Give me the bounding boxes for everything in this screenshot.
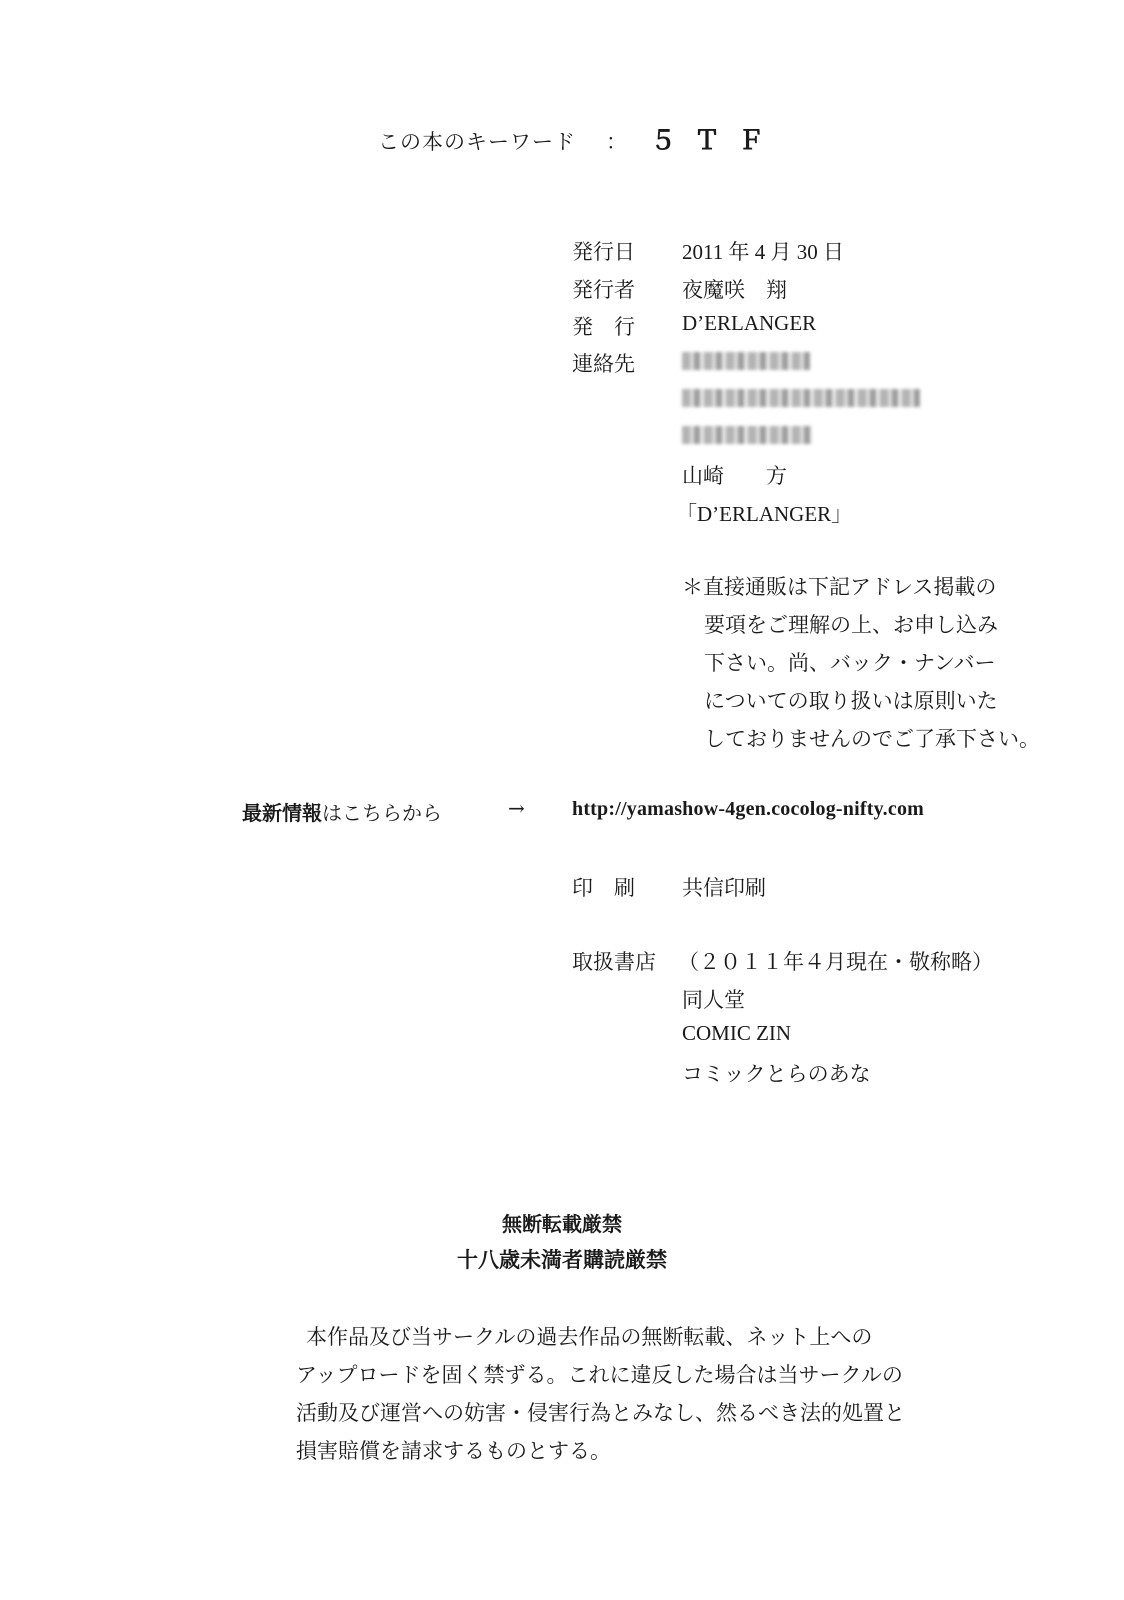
paragraph-line: アップロードを固く禁ずる。これに違反した場合は当サークルの	[296, 1356, 905, 1394]
printing-label: 印 刷	[572, 872, 635, 902]
book-keyword: この本のキーワード：５ＴＦ	[378, 120, 782, 157]
note-line: 要項をご理解の上、お申し込み	[682, 606, 1040, 644]
shop-item: COMIC ZIN	[682, 1021, 791, 1046]
issue-date-label: 発行日	[572, 236, 635, 266]
arrow-right-icon: →	[508, 796, 525, 820]
redacted-address-line	[682, 389, 920, 411]
publisher-person-value: 夜魔咲 翔	[682, 274, 787, 304]
shop-item: 同人堂	[682, 984, 745, 1014]
note-line: についての取り扱いは原則いた	[682, 682, 1040, 720]
redacted-address-number	[682, 426, 812, 448]
paragraph-line: 活動及び運営への妨害・侵害行為とみなし、然るべき法的処置と	[296, 1394, 905, 1432]
keyword-label: この本のキーワード	[378, 130, 576, 154]
mail-order-note: ＊直接通販は下記アドレス掲載の 要項をご理解の上、お申し込み 下さい。尚、バック…	[682, 568, 1040, 758]
note-line: ＊直接通販は下記アドレス掲載の	[682, 568, 1040, 606]
website-url: http://yamashow-4gen.cocolog-nifty.com	[572, 798, 924, 821]
publisher-value: D’ERLANGER	[682, 311, 816, 336]
keyword-value: ５ＴＦ	[650, 120, 782, 157]
paragraph-line: 本作品及び当サークルの過去作品の無断転載、ネット上への	[296, 1318, 905, 1356]
contact-name: 山崎 方	[682, 460, 787, 490]
note-line: しておりませんのでご了承下さい。	[682, 720, 1040, 758]
warning-no-reprint: 無断転載厳禁	[0, 1208, 1124, 1237]
publisher-label: 発 行	[572, 311, 635, 341]
issue-date-value: 2011 年 4 月 30 日	[682, 236, 844, 266]
note-line: 下さい。尚、バック・ナンバー	[682, 644, 1040, 682]
redacted-postal-code	[682, 352, 810, 374]
printing-value: 共信印刷	[682, 872, 766, 902]
contact-circle: 「D’ERLANGER」	[676, 498, 852, 528]
keyword-separator: ：	[606, 126, 628, 156]
latest-info-label: 最新情報はこちらから	[242, 797, 442, 826]
publisher-person-label: 発行者	[572, 274, 635, 304]
copyright-paragraph: 本作品及び当サークルの過去作品の無断転載、ネット上への アップロードを固く禁ずる…	[296, 1318, 905, 1470]
paragraph-line: 損害賠償を請求するものとする。	[296, 1432, 905, 1470]
shops-note: （２０１１年４月現在・敬称略）	[678, 946, 993, 976]
contact-label: 連絡先	[572, 348, 635, 378]
warning-age-restriction: 十八歳未満者購読厳禁	[0, 1244, 1124, 1274]
shop-item: コミックとらのあな	[682, 1058, 871, 1088]
shops-label: 取扱書店	[572, 946, 656, 976]
